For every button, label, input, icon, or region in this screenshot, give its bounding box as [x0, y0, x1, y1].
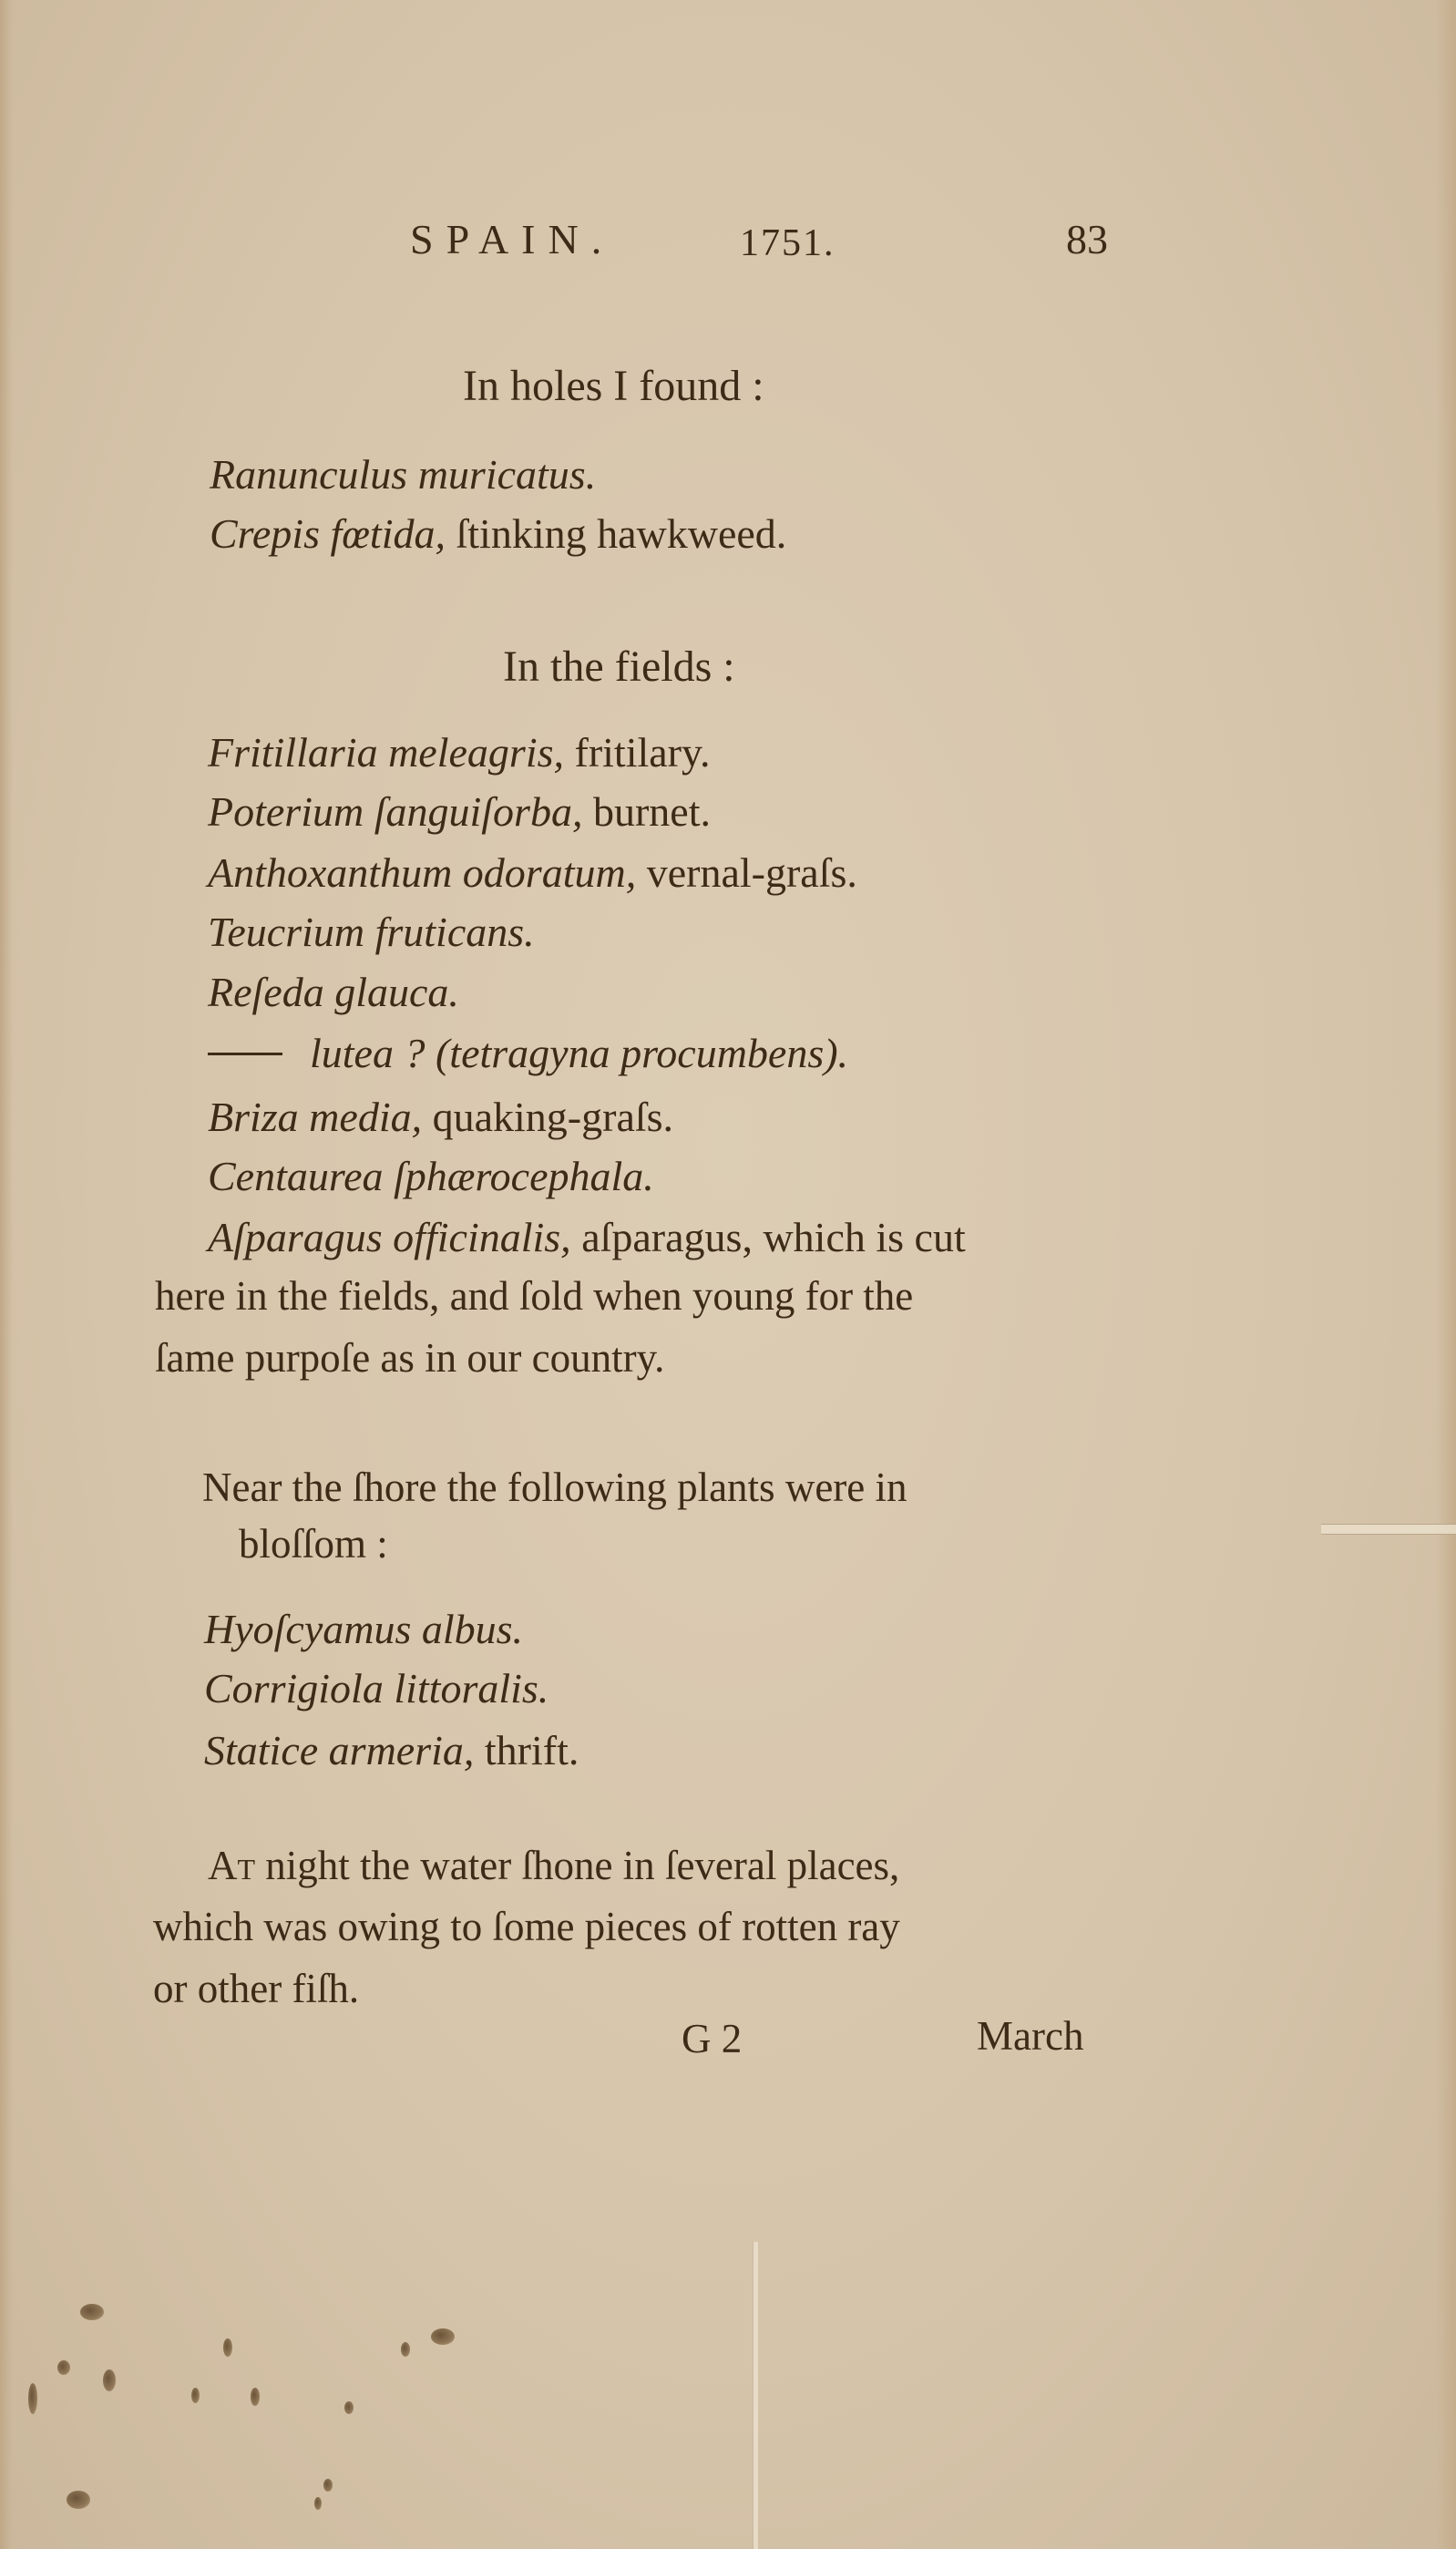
wormhole — [314, 2497, 322, 2510]
paper-tear — [1321, 1524, 1456, 1535]
paragraph-text: night the water ſhone in ſeveral places, — [265, 1843, 899, 1888]
latin-name: Fritillaria meleagris, — [208, 729, 564, 776]
catchword: March — [977, 2016, 1083, 2057]
latin-name: Aſparagus officinalis, — [208, 1214, 571, 1260]
latin-name: Briza media, — [208, 1094, 422, 1140]
paragraph-line: or other fiſh. — [153, 1968, 359, 2009]
paragraph-line: here in the fields, and ſold when young … — [155, 1276, 913, 1317]
paragraph-line: which was owing to ſome pieces of rotten… — [153, 1907, 900, 1948]
page-number: 83 — [1066, 219, 1108, 261]
list-item: Reſeda glauca. — [208, 971, 459, 1013]
latin-name: Crepis fœtida, — [210, 510, 446, 557]
latin-name: Statice armeria, — [204, 1727, 474, 1773]
list-item: Centaurea ſphærocephala. — [208, 1156, 654, 1197]
list-item: Ranunculus muricatus. — [210, 454, 596, 496]
running-title: SPAIN. — [410, 219, 614, 261]
list-item: Statice armeria, thrift. — [204, 1730, 579, 1772]
list-item: Anthoxanthum odoratum, vernal-graſs. — [208, 852, 857, 894]
wormhole — [323, 2479, 333, 2492]
common-name: thrift. — [485, 1727, 579, 1773]
section-intro-shore: Near the ſhore the following plants were… — [202, 1467, 907, 1508]
list-item: Briza media, quaking-graſs. — [208, 1096, 673, 1138]
wormhole — [67, 2491, 90, 2509]
section-heading-fields: In the fields : — [503, 645, 735, 689]
latin-name: Hyoſcyamus albus. — [204, 1606, 523, 1652]
latin-name: Ranunculus muricatus. — [210, 451, 596, 498]
common-name: ſtinking hawkweed. — [456, 510, 787, 557]
header-year: 1751. — [740, 224, 836, 262]
wormhole — [28, 2383, 37, 2414]
page-edge-right — [1436, 0, 1456, 2549]
section-heading-holes: In holes I found : — [463, 365, 764, 408]
common-name: quaking-graſs. — [433, 1094, 673, 1140]
latin-name: Centaurea ſphærocephala. — [208, 1153, 654, 1199]
list-item: Aſparagus officinalis, aſparagus, which … — [208, 1217, 966, 1259]
signature-mark: G 2 — [682, 2019, 742, 2060]
list-item: Hyoſcyamus albus. — [204, 1609, 523, 1650]
list-item: Crepis fœtida, ſtinking hawkweed. — [210, 513, 786, 555]
list-item: lutea ? (tetragyna procumbens). — [208, 1033, 848, 1074]
wormhole — [344, 2401, 354, 2414]
drop-word: At — [208, 1843, 255, 1888]
latin-name: Poterium ſanguiſorba, — [208, 788, 582, 835]
wormhole — [191, 2388, 200, 2403]
wormhole — [80, 2304, 104, 2320]
list-item: Poterium ſanguiſorba, burnet. — [208, 791, 711, 833]
paragraph-line: At night the water ſhone in ſeveral plac… — [208, 1845, 899, 1886]
wormhole — [431, 2328, 455, 2345]
latin-name: Anthoxanthum odoratum, — [208, 849, 636, 896]
list-item: Teucrium fruticans. — [208, 911, 535, 953]
list-item: Fritillaria meleagris, fritilary. — [208, 732, 711, 774]
paper-crease — [753, 2242, 758, 2549]
page-edge-left — [0, 0, 13, 2549]
ditto-rule — [208, 1053, 282, 1055]
latin-name: Reſeda glauca. — [208, 969, 459, 1015]
paragraph-line: ſame purpoſe as in our country. — [155, 1338, 664, 1379]
common-name: fritilary. — [575, 729, 711, 776]
latin-name: Corrigiola littoralis. — [204, 1665, 549, 1711]
section-intro-shore-cont: bloſſom : — [239, 1524, 388, 1565]
wormhole — [223, 2338, 232, 2357]
common-name: vernal-graſs. — [647, 849, 857, 896]
common-name: aſparagus, which is cut — [581, 1214, 966, 1260]
latin-name: lutea ? (tetragyna procumbens). — [310, 1030, 848, 1076]
common-name: burnet. — [593, 788, 711, 835]
book-page: SPAIN. 1751. 83 In holes I found : Ranun… — [0, 0, 1456, 2549]
latin-name: Teucrium fruticans. — [208, 909, 535, 955]
wormhole — [251, 2388, 260, 2406]
wormhole — [103, 2369, 116, 2391]
wormhole — [401, 2342, 410, 2357]
list-item: Corrigiola littoralis. — [204, 1668, 549, 1710]
wormhole — [57, 2360, 70, 2375]
